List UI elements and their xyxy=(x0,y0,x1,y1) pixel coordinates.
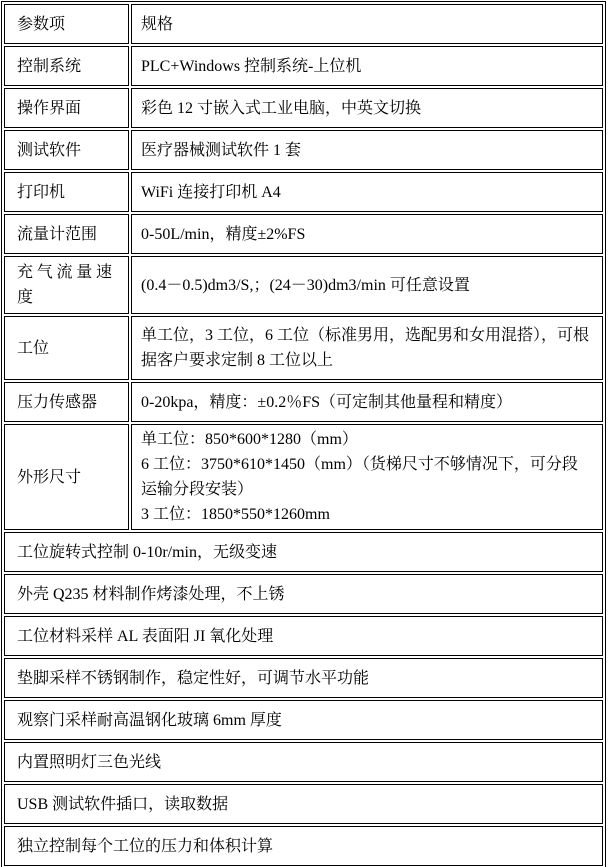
dimension-line: 3 工位：1850*550*1260mm xyxy=(141,502,592,527)
full-row-cell: 独立控制每个工位的压力和体积计算 xyxy=(4,826,603,866)
row-value-cell: WiFi 连接打印机 A4 xyxy=(131,172,603,212)
table-row: 观察门采样耐高温钢化玻璃 6mm 厚度 xyxy=(4,700,603,740)
full-row-cell: 内置照明灯三色光线 xyxy=(4,742,603,782)
table-row: 内置照明灯三色光线 xyxy=(4,742,603,782)
row-label-cell: 操作界面 xyxy=(4,88,129,128)
spec-table: 参数项 规格 控制系统 PLC+Windows 控制系统-上位机 操作界面 彩色… xyxy=(1,1,606,867)
table-row: 外形尺寸 单工位：850*600*1280（mm） 6 工位：3750*610*… xyxy=(4,424,603,530)
full-row-cell: 观察门采样耐高温钢化玻璃 6mm 厚度 xyxy=(4,700,603,740)
row-label-cell: 控制系统 xyxy=(4,46,129,86)
row-label-cell: 流量计范围 xyxy=(4,214,129,254)
row-value-cell: PLC+Windows 控制系统-上位机 xyxy=(131,46,603,86)
table-row: 工位 单工位，3 工位，6 工位（标准男用，选配男和女用混搭），可根据客户要求定… xyxy=(4,316,603,380)
param-header-cell: 参数项 xyxy=(4,4,129,44)
table-row: 工位旋转式控制 0-10r/min，无级变速 xyxy=(4,532,603,572)
table-row: 工位材料采样 AL 表面阳 JI 氧化处理 xyxy=(4,616,603,656)
dimension-line: 单工位：850*600*1280（mm） xyxy=(141,427,592,452)
spec-header-cell: 规格 xyxy=(131,4,603,44)
full-row-cell: 工位旋转式控制 0-10r/min，无级变速 xyxy=(4,532,603,572)
table-row: 独立控制每个工位的压力和体积计算 xyxy=(4,826,603,866)
table-header-row: 参数项 规格 xyxy=(4,4,603,44)
table-row: 测试软件 医疗器械测试软件 1 套 xyxy=(4,130,603,170)
full-row-cell: 外壳 Q235 材料制作烤漆处理，不上锈 xyxy=(4,574,603,614)
full-row-cell: 垫脚采样不锈钢制作，稳定性好，可调节水平功能 xyxy=(4,658,603,698)
table-row: 外壳 Q235 材料制作烤漆处理，不上锈 xyxy=(4,574,603,614)
row-value-cell: 0-50L/min，精度±2%FS xyxy=(131,214,603,254)
row-value-cell: 医疗器械测试软件 1 套 xyxy=(131,130,603,170)
table-row: 打印机 WiFi 连接打印机 A4 xyxy=(4,172,603,212)
row-label-cell: 压力传感器 xyxy=(4,382,129,422)
row-value-cell: 彩色 12 寸嵌入式工业电脑，中英文切换 xyxy=(131,88,603,128)
row-label-cell: 打印机 xyxy=(4,172,129,212)
row-label-cell: 测试软件 xyxy=(4,130,129,170)
row-value-cell: (0.4－0.5)dm3/S,；(24－30)dm3/min 可任意设置 xyxy=(131,256,603,314)
table-row: 压力传感器 0-20kpa，精度：±0.2％FS（可定制其他量程和精度） xyxy=(4,382,603,422)
dimension-line: 6 工位：3750*610*1450（mm）（货梯尺寸不够情况下，可分段运输分段… xyxy=(141,452,592,502)
row-value-cell: 单工位，3 工位，6 工位（标准男用，选配男和女用混搭），可根据客户要求定制 8… xyxy=(131,316,603,380)
row-value-cell: 单工位：850*600*1280（mm） 6 工位：3750*610*1450（… xyxy=(131,424,603,530)
row-label-cell: 充气流量速度 xyxy=(4,256,129,314)
full-row-cell: USB 测试软件插口，读取数据 xyxy=(4,784,603,824)
row-label-cell: 工位 xyxy=(4,316,129,380)
table-row: 操作界面 彩色 12 寸嵌入式工业电脑，中英文切换 xyxy=(4,88,603,128)
row-value-cell: 0-20kpa，精度：±0.2％FS（可定制其他量程和精度） xyxy=(131,382,603,422)
table-row: 垫脚采样不锈钢制作，稳定性好，可调节水平功能 xyxy=(4,658,603,698)
table-row: 控制系统 PLC+Windows 控制系统-上位机 xyxy=(4,46,603,86)
row-label-cell: 外形尺寸 xyxy=(4,424,129,530)
full-row-cell: 工位材料采样 AL 表面阳 JI 氧化处理 xyxy=(4,616,603,656)
table-row: USB 测试软件插口，读取数据 xyxy=(4,784,603,824)
table-row: 充气流量速度 (0.4－0.5)dm3/S,；(24－30)dm3/min 可任… xyxy=(4,256,603,314)
table-row: 流量计范围 0-50L/min，精度±2%FS xyxy=(4,214,603,254)
